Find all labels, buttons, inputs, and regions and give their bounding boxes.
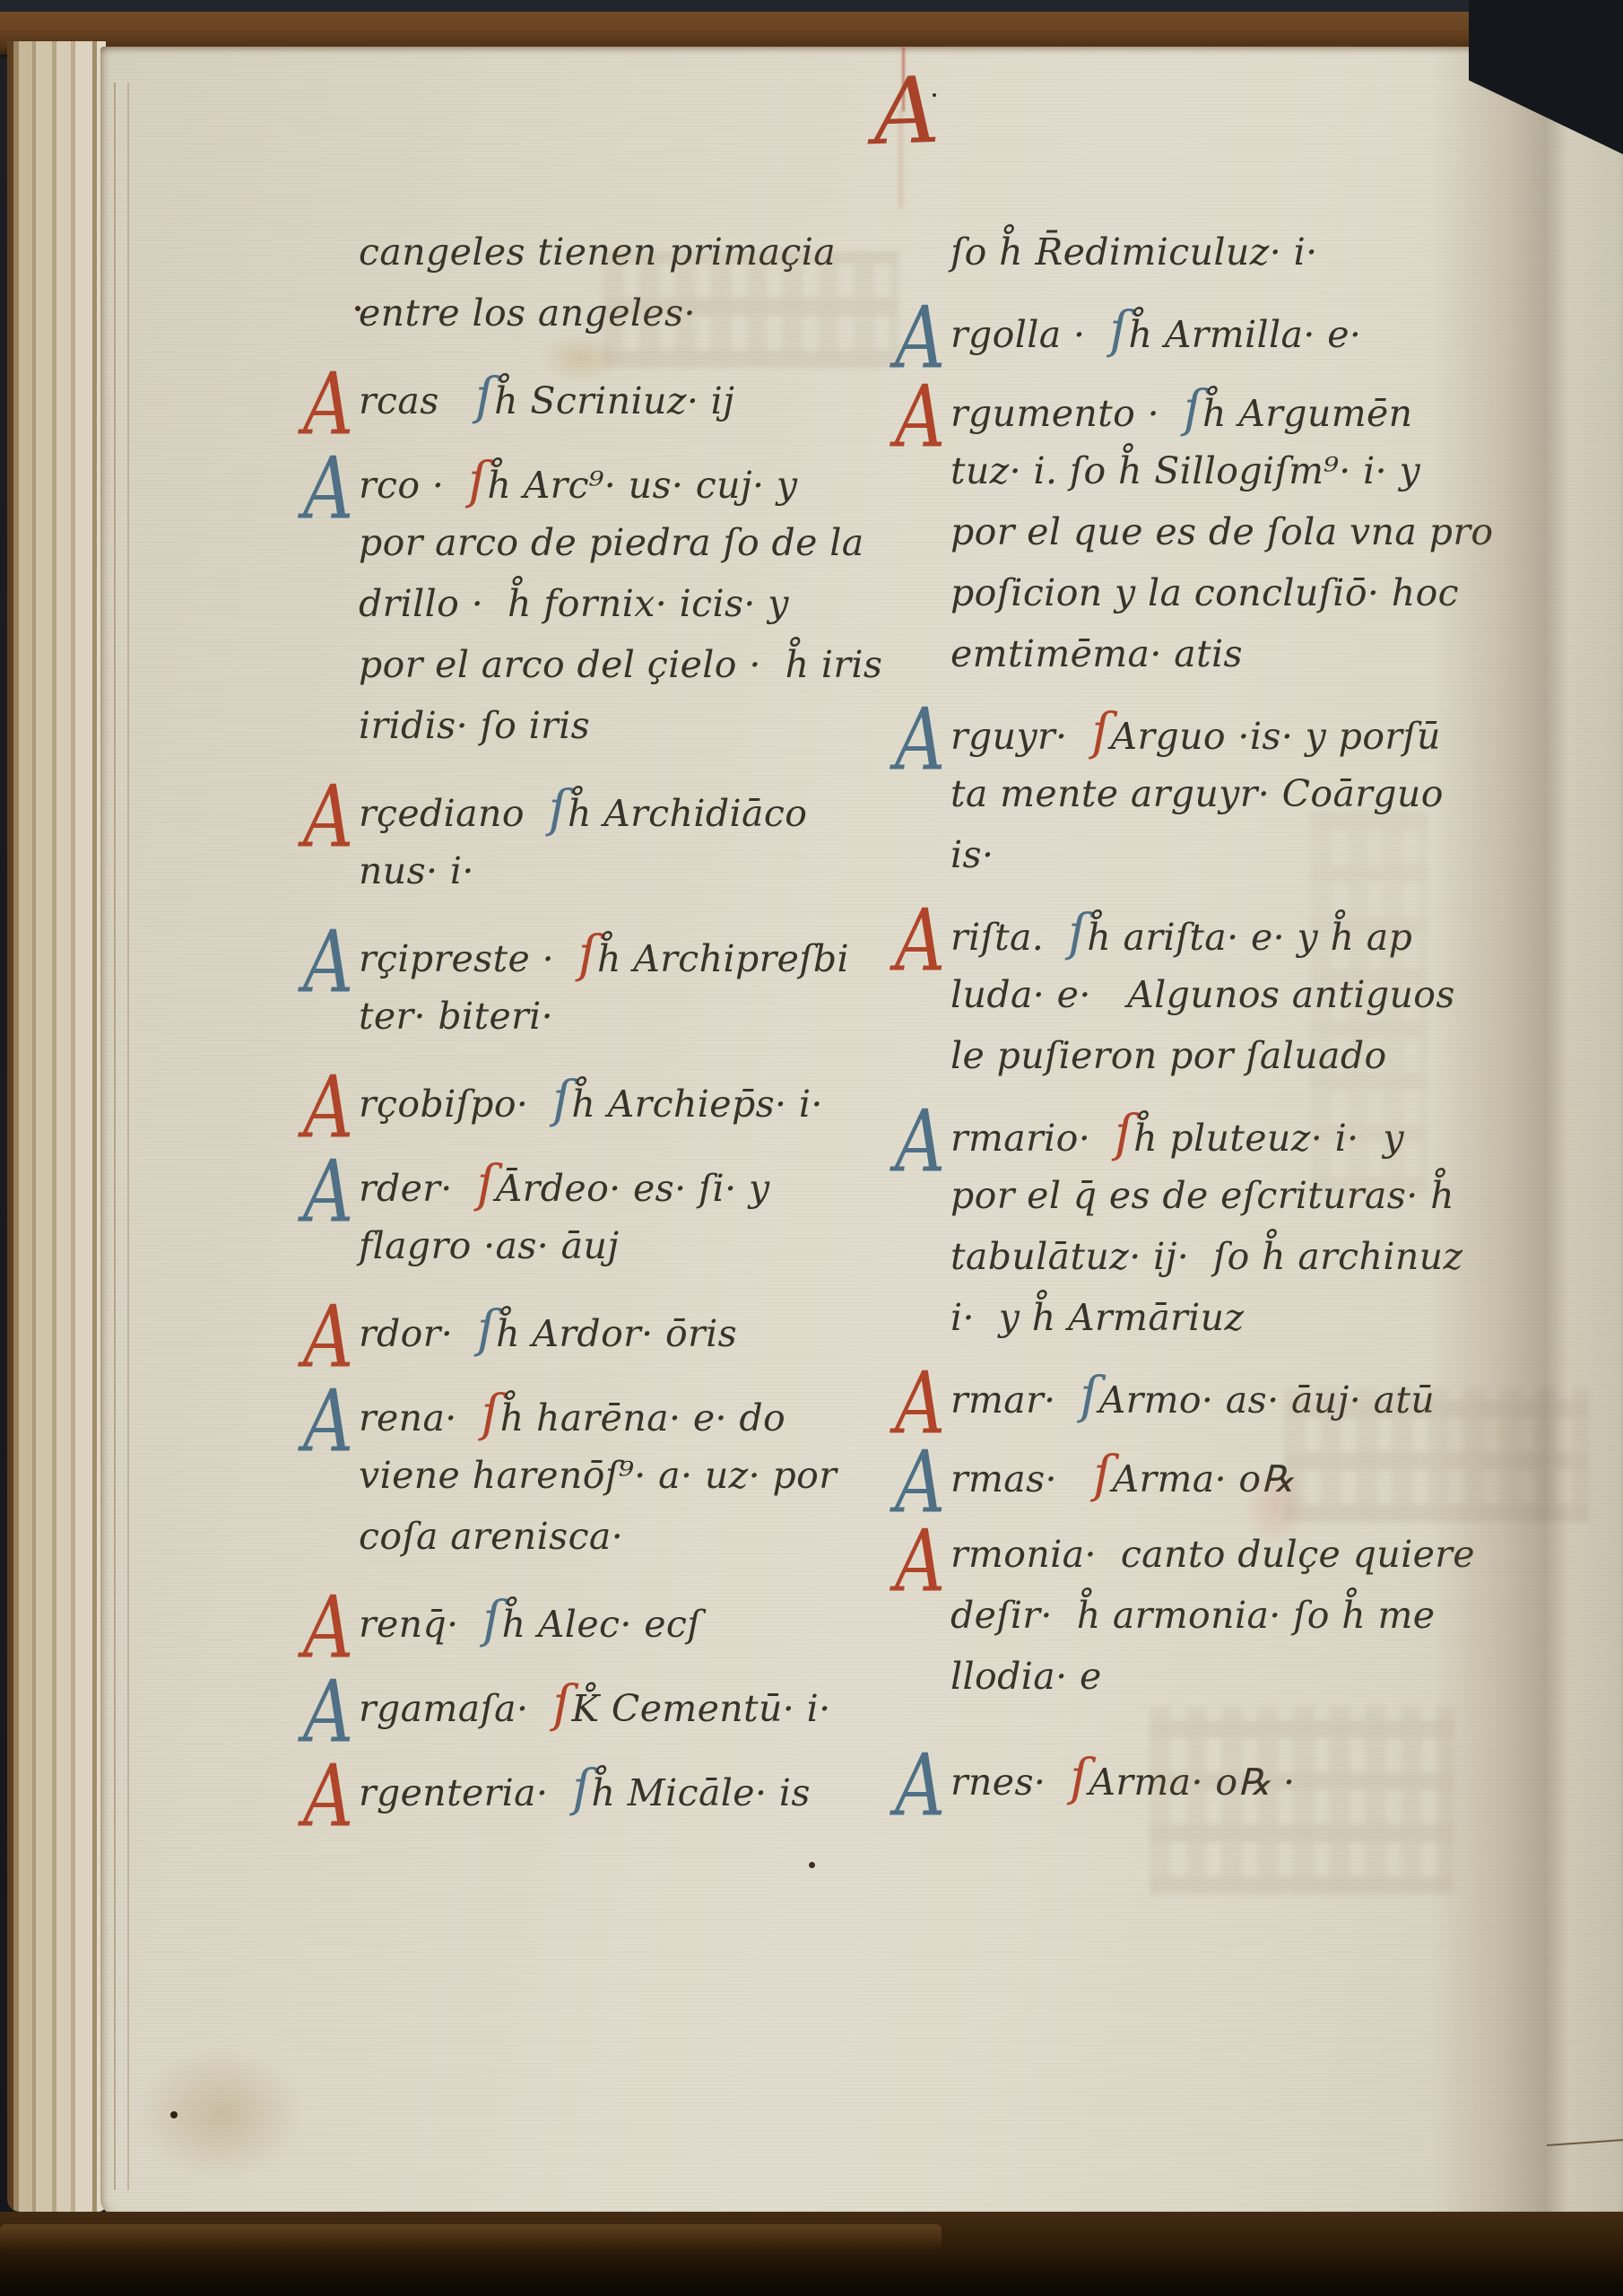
paragraph-mark: ſ (468, 452, 487, 510)
manuscript-line: por el q̄ es de eſcrituras· h̊ (950, 1166, 1614, 1227)
manuscript-line: le puſieron por ſaluado (950, 1026, 1614, 1087)
manuscript-line: coſa arenisca· (359, 1507, 937, 1568)
manuscript-line: tuz· i. ſo h̊ Sillogiſm⁹· i· y (950, 441, 1614, 502)
entry-arcediano: Arçediano ſh̊ Archidiāconus· i· (359, 780, 937, 902)
paragraph-mark: ſ (1068, 904, 1087, 962)
manuscript-line: luda· e· Algunos antiguos (950, 965, 1614, 1026)
left-text-column: cangeles tienen primaçiaentre los angele… (359, 222, 937, 1844)
illuminated-initial: A (895, 899, 945, 984)
paragraph-mark: ſ (578, 926, 597, 984)
ink-spot (933, 93, 936, 97)
paragraph-mark: ſ (1070, 1749, 1089, 1807)
ink-spot (355, 306, 360, 311)
paragraph-mark: ſ (1093, 1446, 1112, 1504)
paragraph-mark: ſ (475, 368, 494, 426)
paragraph-mark: ſ (549, 780, 568, 839)
ink-spot (170, 2111, 178, 2118)
illuminated-initial: A (303, 1150, 353, 1235)
ink-spot (809, 1862, 815, 1868)
manuscript-line: llodia· e (950, 1647, 1614, 1708)
entry-arguyr: Arguyr· ſArguo ·is· y porſūta mente argu… (950, 703, 1614, 886)
entry-argumento: Argumento · ſh̊ Argumēntuz· i. ſo h̊ Sil… (950, 380, 1614, 685)
manuscript-line: ter· biteri· (359, 987, 937, 1048)
margin-ruling-line (114, 83, 116, 2190)
illuminated-initial: A (303, 920, 353, 1005)
manuscript-line: rgamaſa· ſK̊ Cementū· i· (359, 1675, 937, 1736)
entry-armonia: Armonia· canto dulçe quieredeſir· h̊ arm… (950, 1525, 1614, 1708)
manuscript-line: tabulātuz· ij· ſo h̊ archinuz (950, 1227, 1614, 1288)
manuscript-line: por el arco del çielo · h̊ iris (359, 635, 937, 696)
manuscript-line: rdor· ſh̊ Ardor· ōris (359, 1300, 937, 1361)
manuscript-line: rçediano ſh̊ Archidiāco (359, 780, 937, 841)
manuscript-line: deſir· h̊ armonia· ſo h̊ me (950, 1586, 1614, 1647)
manuscript-line: rmas· ſArma· o℞ (950, 1446, 1614, 1507)
illuminated-initial: A (303, 447, 353, 532)
manuscript-line: rçipreste · ſh̊ Archipreſbi (359, 926, 937, 987)
entry-continuation: cangeles tienen primaçiaentre los angele… (359, 222, 937, 344)
illuminated-initial: A (303, 775, 353, 860)
paragraph-mark: ſ (1091, 703, 1110, 761)
manuscript-line: rcas ſh̊ Scriniuz· ij (359, 368, 937, 429)
manuscript-line: rmonia· canto dulçe quiere (950, 1525, 1614, 1586)
entry-armar: Armar· ſArmo· as· āuj· atū (950, 1367, 1614, 1428)
manuscript-page: A cangeles tienen primaçiaentre los ange… (100, 47, 1623, 2215)
entry-arena: Arena· ſh̊ harēna· e· doviene harenōſ⁹· … (359, 1385, 937, 1568)
entry-continuation: ſo h̊ R̄edimiculuz· i· (950, 222, 1614, 283)
illuminated-initial: A (895, 698, 945, 783)
book-photo: A cangeles tienen primaçiaentre los ange… (0, 0, 1623, 2296)
manuscript-line: ta mente arguyr· Coārguo (950, 764, 1614, 825)
entry-arder: Arder· ſĀrdeo· es· ſi· yflagro ·as· āuj (359, 1155, 937, 1277)
illuminated-initial: A (303, 1586, 353, 1671)
manuscript-line: rmario· ſh̊ pluteuz· i· y (950, 1105, 1614, 1166)
manuscript-line: rçobiſpo· ſh̊ Archiep̄s· i· (359, 1071, 937, 1132)
manuscript-line: rguyr· ſArguo ·is· y porſū (950, 703, 1614, 764)
manuscript-line: rder· ſĀrdeo· es· ſi· y (359, 1155, 937, 1216)
paragraph-mark: ſ (477, 1155, 496, 1213)
right-text-column: ſo h̊ R̄edimiculuz· i·Argolla · ſh̊ Armi… (950, 222, 1614, 1828)
paragraph-mark: ſ (477, 1300, 496, 1359)
paragraph-mark: ſ (1115, 1105, 1133, 1163)
entry-ardor: Ardor· ſh̊ Ardor· ōris (359, 1300, 937, 1361)
paragraph-mark: ſ (482, 1591, 501, 1649)
paragraph-mark: ſ (572, 1760, 591, 1818)
manuscript-line: por el que es de ſola vna pro (950, 502, 1614, 563)
entry-arcipreste: Arçipreste · ſh̊ Archipreſbiter· biteri· (359, 926, 937, 1048)
entry-arcas: Arcas ſh̊ Scriniuz· ij (359, 368, 937, 429)
manuscript-line: rnes· ſArma· o℞ · (950, 1749, 1614, 1810)
manuscript-line: rco · ſh̊ Arc⁹· us· cuj· y (359, 452, 937, 513)
entry-armas: Armas· ſArma· o℞ (950, 1446, 1614, 1507)
manuscript-line: drillo · h̊ fornix· icis· y (359, 574, 937, 635)
manuscript-line: iridis· ſo iris (359, 696, 937, 757)
illuminated-initial: A (895, 1100, 945, 1185)
entry-argamasa: Argamaſa· ſK̊ Cementū· i· (359, 1675, 937, 1736)
illuminated-initial: A (303, 1295, 353, 1380)
manuscript-line: poſicion y la concluſiō· hoc (950, 563, 1614, 624)
illuminated-initial: A (303, 1670, 353, 1755)
paragraph-mark: ſ (482, 1385, 500, 1443)
section-letter-heading: A (872, 65, 941, 160)
illuminated-initial: A (895, 1744, 945, 1829)
entry-armario: Armario· ſh̊ pluteuz· i· ypor el q̄ es d… (950, 1105, 1614, 1349)
paragraph-mark: ſ (552, 1071, 571, 1129)
illuminated-initial: A (303, 1065, 353, 1151)
paragraph-mark: ſ (1109, 301, 1128, 360)
entry-arcobispo: Arçobiſpo· ſh̊ Archiep̄s· i· (359, 1071, 937, 1132)
manuscript-line: flagro ·as· āuj (359, 1216, 937, 1277)
manuscript-line: nus· i· (359, 841, 937, 902)
manuscript-line: rgolla · ſh̊ Armilla· e· (950, 301, 1614, 362)
manuscript-line: i· y h̊ Armāriuz (950, 1288, 1614, 1349)
manuscript-line: rmar· ſArmo· as· āuj· atū (950, 1367, 1614, 1428)
entry-arenque: Arenq̄· ſh̊ Alec· ecſ (359, 1591, 937, 1652)
entry-arnes: Arnes· ſArma· o℞ · (950, 1749, 1614, 1810)
manuscript-line: viene harenōſ⁹· a· uz· por (359, 1446, 937, 1507)
manuscript-line: rgenteria· ſh̊ Micāle· is (359, 1760, 937, 1821)
manuscript-line: is· (950, 825, 1614, 886)
entry-argolla: Argolla · ſh̊ Armilla· e· (950, 301, 1614, 362)
paragraph-mark: ſ (1080, 1367, 1098, 1425)
illuminated-initial: A (303, 1379, 353, 1465)
illuminated-initial: A (895, 1519, 945, 1605)
manuscript-line: ſo h̊ R̄edimiculuz· i· (950, 222, 1614, 283)
manuscript-line: por arco de piedra ſo de la (359, 513, 937, 574)
entry-argenteria: Argenteria· ſh̊ Micāle· is (359, 1760, 937, 1821)
manuscript-line: rena· ſh̊ harēna· e· do (359, 1385, 937, 1446)
illuminated-initial: A (895, 375, 945, 460)
illuminated-initial: A (303, 1754, 353, 1839)
manuscript-line: entre los angeles· (359, 283, 937, 344)
paragraph-mark: ſ (1184, 380, 1202, 439)
page-edges-stack (7, 41, 106, 2212)
manuscript-line: cangeles tienen primaçia (359, 222, 937, 283)
paragraph-mark: ſ (552, 1675, 571, 1734)
entry-arista: Ariſta. ſh̊ ariſta· e· y h̊ apluda· e· A… (950, 904, 1614, 1087)
illuminated-initial: A (303, 362, 353, 448)
manuscript-line: riſta. ſh̊ ariſta· e· y h̊ ap (950, 904, 1614, 965)
manuscript-line: rgumento · ſh̊ Argumēn (950, 380, 1614, 441)
margin-ruling-line (127, 83, 129, 2190)
manuscript-line: renq̄· ſh̊ Alec· ecſ (359, 1591, 937, 1652)
leather-cover-bottom-edge (0, 2212, 1623, 2296)
manuscript-line: emtimēma· atis (950, 624, 1614, 685)
entry-arco: Arco · ſh̊ Arc⁹· us· cuj· ypor arco de p… (359, 452, 937, 757)
paper-stain (136, 2047, 307, 2181)
